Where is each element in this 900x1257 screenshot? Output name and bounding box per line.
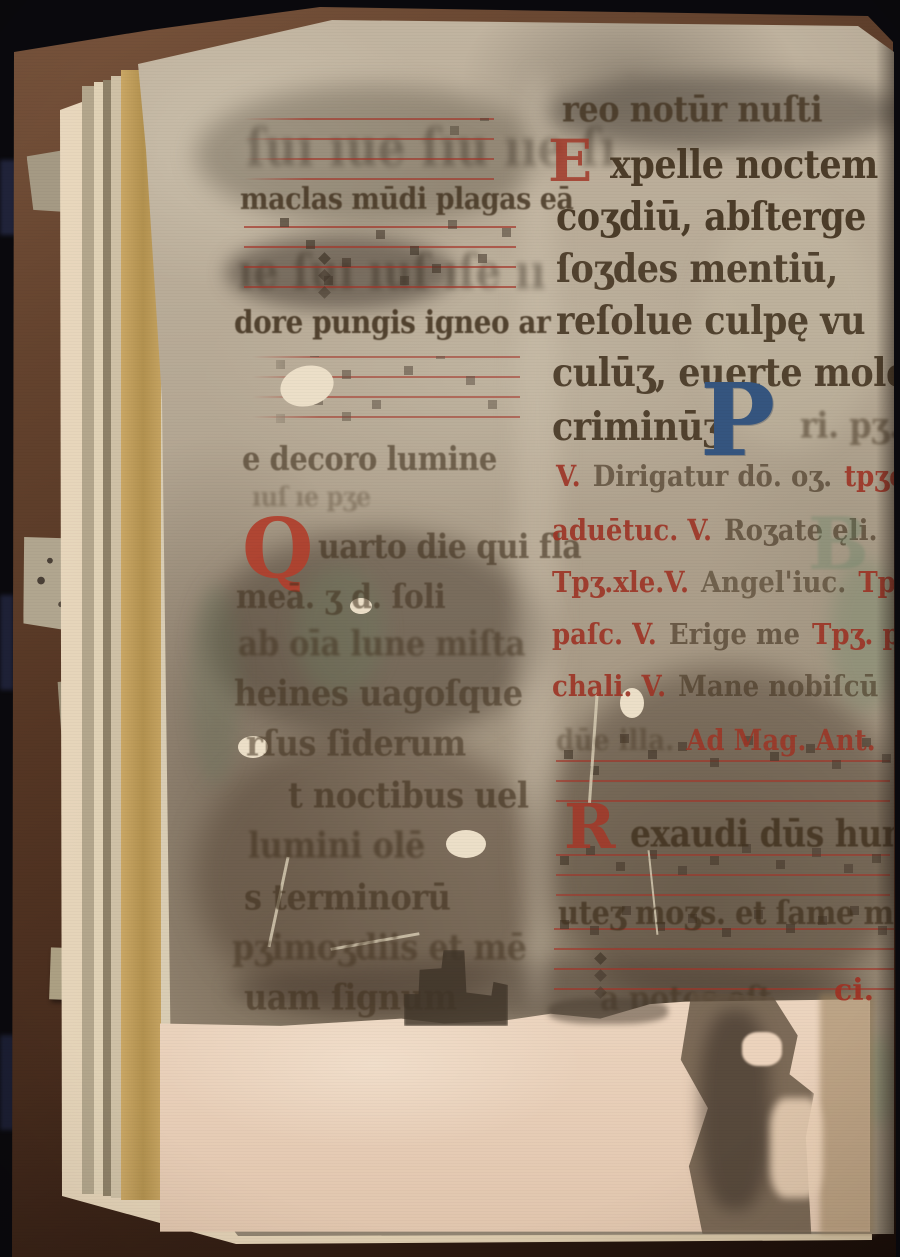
text-line: meā. ʒ d. ſoli bbox=[236, 578, 445, 617]
stain-notch bbox=[770, 1098, 822, 1198]
neumes bbox=[594, 952, 607, 965]
stain-band bbox=[548, 998, 668, 1024]
neumes bbox=[280, 218, 289, 227]
initial-E: E bbox=[548, 132, 592, 190]
page-edge-strip bbox=[82, 86, 94, 1194]
neumes bbox=[276, 360, 285, 369]
green-tint bbox=[190, 585, 240, 785]
text-line: e decoro lumine bbox=[242, 440, 497, 478]
background-shadow bbox=[0, 595, 14, 690]
background-shadow bbox=[0, 160, 16, 235]
text-line: lumini olē bbox=[248, 824, 425, 867]
flaked-hole bbox=[446, 830, 486, 858]
versicle-line: chali. V.Mane nobiſcū bbox=[552, 670, 878, 704]
manuscript-photo: ſuı ıue ſıu ııe ſı ıe ſuı ıuſ ıſe ıı bbox=[0, 0, 900, 1257]
text-line: maclas mūdi plagas eā bbox=[240, 182, 573, 217]
bottom-stain-tan bbox=[820, 994, 874, 1234]
text-line: s terminorū bbox=[244, 876, 450, 919]
page-edge-strip bbox=[94, 82, 103, 1194]
text-line: t noctibus uel bbox=[288, 774, 529, 817]
text-line: reo notūr nuſti bbox=[562, 88, 822, 131]
versicle-line: paſc. V.Erige meTpʒ. paſ bbox=[552, 618, 900, 652]
music-staff bbox=[244, 118, 494, 182]
initial-P: P bbox=[700, 370, 775, 470]
versicle-line: V.Dirigatur dō. oʒ.tpʒe. bbox=[556, 460, 900, 494]
text-line: uteʒ moʒs. et ſame ma bbox=[558, 894, 900, 932]
text-line: pʒimoʒdiis et mē bbox=[232, 926, 526, 969]
versicle-line: dūe illa.Ad Mag. Ant. bbox=[556, 724, 876, 758]
text-line: exaudi dūs humili bbox=[630, 812, 900, 856]
text-line: ab oīa lune miſta bbox=[238, 624, 525, 664]
text-line: uarto die qui fla bbox=[318, 528, 581, 567]
neumes bbox=[318, 252, 331, 265]
text-line: reſolue culpę vu bbox=[556, 298, 865, 344]
text-line: heines uagoſque bbox=[234, 672, 523, 715]
music-staff bbox=[244, 226, 516, 290]
text-line: coʒdiū, abſterge bbox=[556, 194, 866, 240]
page-edge-strip bbox=[103, 80, 111, 1196]
page-edge-strip bbox=[111, 76, 121, 1198]
initial-R: R bbox=[564, 796, 616, 858]
stain-hole bbox=[742, 1032, 782, 1066]
showthrough-initial: B bbox=[808, 508, 869, 580]
page-edge-shade bbox=[876, 40, 896, 1234]
quire-mark: ci. bbox=[834, 976, 874, 1006]
text-line: rſus ſiderum bbox=[246, 722, 466, 765]
text-line: ſoʒdes mentiū, bbox=[556, 246, 838, 292]
text-line: xpelle noctem bbox=[610, 142, 878, 188]
text-line: dore pungis igneo ar bbox=[234, 304, 550, 341]
